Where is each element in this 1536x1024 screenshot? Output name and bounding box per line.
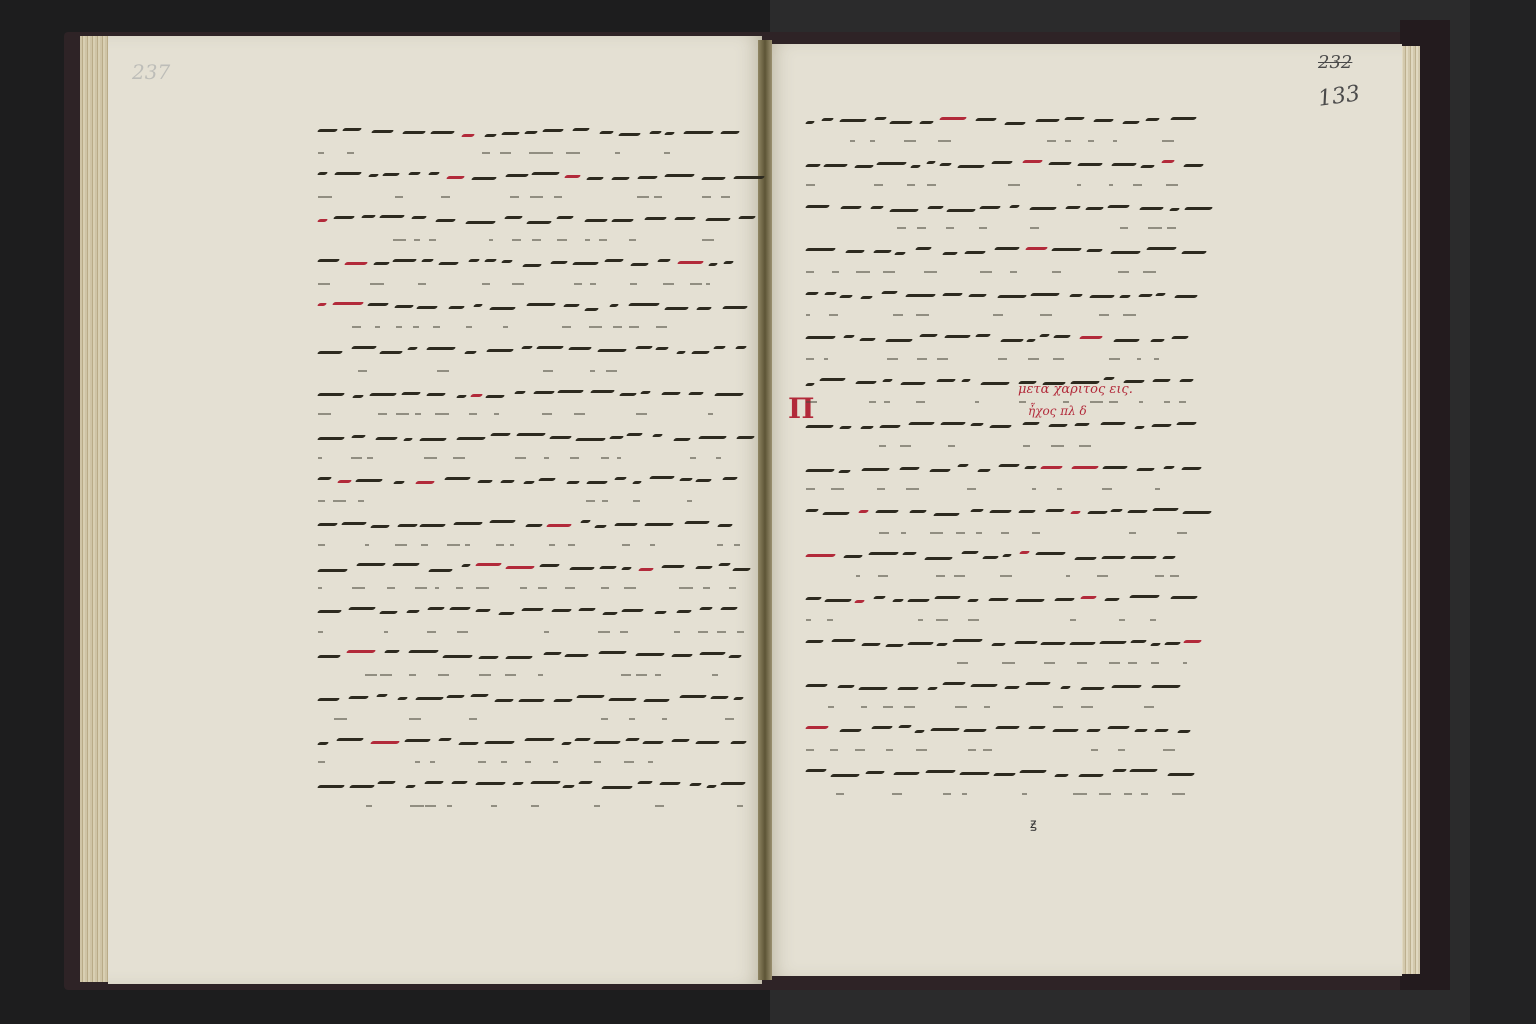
- lyric-mark: [877, 488, 885, 490]
- neume-stroke: [885, 644, 905, 647]
- neume-stroke: [898, 467, 920, 470]
- neume-stroke: [1163, 642, 1181, 645]
- neume-stroke: [609, 436, 624, 439]
- neume-stroke: [526, 221, 552, 224]
- neume-stroke: [900, 382, 927, 385]
- neume-stroke: [369, 393, 398, 396]
- neume-stroke: [908, 510, 927, 513]
- neume-stroke: [529, 781, 560, 784]
- lyric-mark: [1023, 445, 1031, 447]
- neume-stroke: [902, 552, 917, 555]
- lyric-mark: [1091, 749, 1098, 751]
- lyric-mark: [904, 706, 915, 708]
- lyric-mark: [1163, 749, 1176, 751]
- lyric-mark: [1167, 227, 1176, 229]
- neume-stroke: [946, 209, 977, 212]
- neume-stroke: [892, 599, 904, 602]
- neume-stroke: [842, 335, 854, 338]
- lyric-mark: [870, 140, 874, 142]
- lyric-mark: [532, 239, 541, 241]
- lyric-mark: [968, 619, 979, 621]
- neume-stroke: [470, 177, 497, 180]
- neume-stroke: [805, 597, 823, 600]
- lyric-mark: [435, 587, 440, 589]
- lyric-mark: [396, 413, 409, 415]
- neume-stroke: [720, 782, 746, 785]
- lyric-mark: [879, 532, 889, 534]
- neume-stroke: [805, 469, 835, 472]
- lyric-mark: [938, 140, 952, 142]
- neume-stroke: [549, 261, 567, 264]
- lyric-mark: [538, 587, 547, 589]
- lyric-mark: [525, 761, 532, 763]
- lyric-mark: [936, 575, 946, 577]
- lyric-mark: [590, 283, 596, 285]
- lyric-mark: [621, 674, 631, 676]
- lyric-mark: [538, 674, 543, 676]
- neume-stroke: [511, 782, 523, 785]
- neume-stroke: [997, 464, 1019, 467]
- lyric-mark: [1123, 314, 1136, 316]
- neume-stroke: [637, 176, 658, 179]
- left-page: [108, 36, 762, 984]
- neume-stroke: [933, 513, 961, 516]
- lyric-mark: [687, 500, 692, 502]
- neume-stroke: [344, 262, 368, 265]
- neume-stroke: [598, 651, 628, 654]
- lyric-mark: [1183, 662, 1187, 664]
- neume-stroke: [396, 697, 407, 700]
- lyric-mark: [827, 619, 833, 621]
- neume-stroke: [453, 522, 483, 525]
- lyric-mark: [429, 239, 436, 241]
- lyric-mark: [358, 500, 364, 502]
- lyric-mark: [892, 793, 901, 795]
- lyric-mark: [435, 413, 448, 415]
- neume-stroke: [634, 346, 652, 349]
- lyric-mark: [943, 793, 951, 795]
- lyric-mark: [318, 283, 330, 285]
- neume-stroke: [857, 687, 887, 690]
- lyric-mark: [1139, 401, 1143, 403]
- lyric-mark: [617, 457, 621, 459]
- lyric-mark: [998, 358, 1008, 360]
- neume-stroke: [701, 177, 727, 180]
- neume-stroke: [839, 119, 868, 122]
- lyric-mark: [589, 326, 602, 328]
- neume-stroke: [915, 247, 933, 250]
- neume-stroke: [355, 479, 383, 482]
- neume-stroke: [375, 437, 399, 440]
- lyric-mark: [318, 544, 325, 546]
- neume-stroke: [538, 478, 557, 481]
- lyric-mark: [1073, 793, 1087, 795]
- lyric-mark: [948, 445, 955, 447]
- lyric-mark: [447, 544, 460, 546]
- neume-stroke: [823, 292, 837, 295]
- lyric-mark: [1053, 706, 1063, 708]
- lyric-mark: [957, 662, 969, 664]
- lyric-mark: [570, 457, 579, 459]
- neume-stroke: [458, 742, 480, 745]
- neume-stroke: [989, 510, 1012, 513]
- neume-stroke: [331, 302, 363, 305]
- neume-stroke: [673, 438, 692, 441]
- lyric-mark: [565, 587, 575, 589]
- neume-stroke: [1111, 163, 1138, 166]
- neume-stroke: [819, 378, 846, 381]
- neume-stroke: [644, 523, 675, 526]
- lyric-mark: [469, 718, 476, 720]
- lyric-mark: [1120, 227, 1129, 229]
- lyric-mark: [491, 805, 496, 807]
- neume-stroke: [317, 523, 338, 526]
- lyric-mark: [1143, 271, 1156, 273]
- neume-stroke: [1086, 729, 1101, 732]
- lyric-mark: [520, 587, 527, 589]
- lyric-mark: [1028, 358, 1039, 360]
- lyric-mark: [380, 674, 392, 676]
- lyric-mark: [1022, 793, 1026, 795]
- neume-stroke: [638, 568, 654, 571]
- neume-stroke: [446, 695, 465, 698]
- neume-stroke: [738, 216, 757, 219]
- neume-stroke: [441, 655, 473, 658]
- lyric-mark: [924, 271, 937, 273]
- lyric-mark: [962, 793, 967, 795]
- lyric-mark: [586, 500, 595, 502]
- lyric-mark: [904, 140, 916, 142]
- lyric-mark: [496, 544, 504, 546]
- neume-stroke: [970, 684, 999, 687]
- lyric-mark: [1070, 619, 1076, 621]
- neume-stroke: [941, 682, 965, 685]
- neume-stroke: [1099, 641, 1128, 644]
- neume-stroke: [419, 438, 448, 441]
- neume-stroke: [1014, 641, 1039, 644]
- neume-stroke: [465, 221, 496, 224]
- neume-stroke: [717, 524, 733, 527]
- red-initial: Π: [788, 392, 814, 425]
- lyric-mark: [663, 283, 674, 285]
- neume-stroke: [940, 422, 967, 425]
- lyric-mark: [655, 805, 664, 807]
- lyric-mark: [712, 674, 718, 676]
- lyric-mark: [409, 674, 416, 676]
- lyric-mark: [438, 674, 448, 676]
- neume-stroke: [963, 729, 988, 732]
- neume-stroke: [435, 219, 456, 222]
- rubric-line-2: ἦχος πλ δ: [1028, 404, 1087, 418]
- neume-stroke: [855, 381, 878, 384]
- lyric-mark: [879, 445, 886, 447]
- neume-stroke: [513, 391, 526, 394]
- neume-stroke: [1184, 207, 1213, 210]
- lyric-mark: [479, 674, 491, 676]
- lyric-mark: [917, 358, 926, 360]
- neume-stroke: [1113, 339, 1141, 342]
- neume-stroke: [805, 336, 837, 339]
- neume-stroke: [1089, 295, 1115, 298]
- neume-stroke: [805, 292, 819, 295]
- lyric-mark: [574, 283, 582, 285]
- neume-stroke: [1053, 335, 1071, 338]
- lyric-mark: [1109, 184, 1114, 186]
- neume-stroke: [396, 524, 417, 527]
- neume-stroke: [659, 782, 682, 785]
- lyric-mark: [453, 457, 465, 459]
- neume-stroke: [843, 555, 864, 558]
- lyric-mark: [529, 152, 543, 154]
- lyric-mark: [883, 706, 893, 708]
- lyric-mark: [629, 718, 636, 720]
- lyric-mark: [554, 196, 562, 198]
- lyric-mark: [954, 575, 965, 577]
- lyric-mark: [1030, 227, 1039, 229]
- lyric-mark: [1148, 227, 1162, 229]
- neume-stroke: [995, 726, 1021, 729]
- lyric-mark: [318, 196, 332, 198]
- neume-stroke: [964, 251, 987, 254]
- lyric-mark: [930, 532, 943, 534]
- lyric-mark: [856, 575, 861, 577]
- lyric-mark: [318, 413, 331, 415]
- neume-stroke: [485, 349, 513, 352]
- lyric-mark: [585, 239, 590, 241]
- lyric-mark: [543, 370, 553, 372]
- lyric-mark: [861, 706, 867, 708]
- neume-stroke: [1167, 773, 1195, 776]
- lyric-mark: [1179, 401, 1186, 403]
- lyric-mark: [415, 413, 421, 415]
- neume-stroke: [919, 334, 939, 337]
- neume-stroke: [407, 650, 439, 653]
- lyric-mark: [806, 314, 810, 316]
- neume-stroke: [635, 653, 666, 656]
- lyric-mark: [1010, 271, 1017, 273]
- neume-stroke: [684, 521, 711, 524]
- lyric-mark: [542, 413, 552, 415]
- neume-stroke: [908, 422, 936, 425]
- lyric-mark: [1088, 140, 1094, 142]
- lyric-mark: [1040, 314, 1052, 316]
- neume-stroke: [401, 131, 426, 134]
- lyric-mark: [1002, 662, 1015, 664]
- neume-stroke: [1078, 774, 1104, 777]
- lyric-mark: [883, 271, 895, 273]
- neume-stroke: [524, 738, 556, 741]
- neume-stroke: [664, 174, 696, 177]
- neume-stroke: [889, 121, 913, 124]
- lyric-mark: [347, 152, 354, 154]
- neume-stroke: [596, 349, 626, 352]
- lyric-mark: [897, 227, 906, 229]
- neume-stroke: [538, 564, 559, 567]
- lyric-mark: [430, 761, 436, 763]
- neume-stroke: [1080, 596, 1098, 599]
- neume-stroke: [370, 130, 393, 133]
- lyric-mark: [937, 358, 948, 360]
- lyric-mark: [1109, 662, 1120, 664]
- neume-stroke: [1149, 643, 1160, 646]
- lyric-mark: [918, 619, 923, 621]
- neume-stroke: [1151, 685, 1182, 688]
- neume-stroke: [611, 219, 634, 222]
- lyric-mark: [378, 413, 387, 415]
- neume-stroke: [1018, 381, 1037, 384]
- lyric-mark: [543, 152, 553, 154]
- neume-stroke: [474, 563, 502, 566]
- lyric-mark: [352, 587, 365, 589]
- lyric-mark: [654, 196, 662, 198]
- lyric-mark: [1129, 532, 1136, 534]
- lyric-mark: [979, 227, 987, 229]
- lyric-mark: [568, 544, 575, 546]
- lyric-mark: [409, 718, 421, 720]
- lyric-mark: [1081, 706, 1093, 708]
- background-edge: [1470, 0, 1536, 1024]
- neume-stroke: [642, 699, 670, 702]
- neume-stroke: [525, 524, 543, 527]
- neume-stroke: [682, 131, 714, 134]
- neume-stroke: [944, 335, 972, 338]
- neume-stroke: [824, 599, 852, 602]
- neume-stroke: [562, 304, 579, 307]
- neume-stroke: [717, 563, 730, 566]
- lyric-mark: [916, 749, 927, 751]
- lyric-mark: [437, 370, 448, 372]
- neume-stroke: [525, 303, 555, 306]
- neume-stroke: [456, 437, 486, 440]
- lyric-mark: [415, 587, 428, 589]
- lyric-mark: [690, 457, 696, 459]
- lyric-mark: [557, 239, 567, 241]
- lyric-mark: [1166, 184, 1178, 186]
- lyric-mark: [365, 544, 369, 546]
- lyric-mark: [544, 631, 549, 633]
- neume-stroke: [450, 781, 467, 784]
- lyric-mark: [955, 706, 967, 708]
- neume-stroke: [317, 655, 341, 658]
- lyric-mark: [1151, 662, 1160, 664]
- lyric-mark: [351, 457, 363, 459]
- lyric-mark: [836, 793, 843, 795]
- neume-stroke: [854, 165, 874, 168]
- neume-stroke: [805, 769, 828, 772]
- neume-stroke: [583, 219, 607, 222]
- neume-stroke: [876, 162, 907, 165]
- lyric-mark: [1170, 575, 1179, 577]
- neume-stroke: [497, 612, 515, 615]
- lyric-mark: [806, 271, 814, 273]
- neume-stroke: [500, 132, 520, 135]
- lyric-mark: [1099, 314, 1109, 316]
- neume-stroke: [494, 699, 514, 702]
- neume-stroke: [897, 687, 920, 690]
- lyric-mark: [544, 457, 549, 459]
- lyric-mark: [648, 761, 653, 763]
- neume-stroke: [1077, 163, 1103, 166]
- neume-stroke: [475, 609, 491, 612]
- lyric-mark: [893, 314, 903, 316]
- neume-stroke: [884, 339, 912, 342]
- lyric-mark: [936, 619, 948, 621]
- lyric-mark: [1124, 793, 1132, 795]
- neume-stroke: [489, 307, 516, 310]
- lyric-mark: [1137, 358, 1141, 360]
- neume-stroke: [426, 607, 445, 610]
- lyric-mark: [366, 805, 372, 807]
- lyric-mark: [901, 532, 907, 534]
- neume-stroke: [1021, 160, 1043, 163]
- neume-stroke: [839, 729, 862, 732]
- neume-stroke: [541, 129, 564, 132]
- lyric-mark: [637, 196, 649, 198]
- neume-stroke: [1129, 595, 1161, 598]
- neume-stroke: [536, 346, 564, 349]
- lyric-mark: [562, 326, 571, 328]
- lyric-mark: [721, 196, 730, 198]
- neume-stroke: [637, 781, 654, 784]
- neume-stroke: [593, 741, 621, 744]
- neume-stroke: [427, 569, 452, 572]
- neume-stroke: [839, 206, 861, 209]
- lyric-mark: [613, 326, 622, 328]
- neume-stroke: [1074, 557, 1097, 560]
- neume-stroke: [489, 433, 511, 436]
- neume-stroke: [1093, 119, 1115, 122]
- neume-stroke: [504, 656, 533, 659]
- lyric-mark: [830, 749, 838, 751]
- lyric-mark: [396, 326, 402, 328]
- neume-stroke: [805, 248, 837, 251]
- neume-stroke: [679, 695, 707, 698]
- neume-stroke: [861, 643, 882, 646]
- neume-stroke: [549, 436, 572, 439]
- neume-stroke: [317, 129, 338, 132]
- neume-stroke: [805, 509, 819, 512]
- neume-stroke: [618, 133, 642, 136]
- neume-stroke: [980, 382, 1010, 385]
- lyric-mark: [1144, 706, 1154, 708]
- neume-stroke: [483, 741, 514, 744]
- lyric-mark: [983, 749, 993, 751]
- lyric-mark: [1008, 184, 1020, 186]
- lyric-mark: [441, 196, 450, 198]
- lyric-mark: [318, 500, 325, 502]
- lyric-mark: [424, 457, 437, 459]
- neume-stroke: [1181, 467, 1203, 470]
- lyric-mark: [874, 184, 882, 186]
- lyric-mark: [370, 283, 384, 285]
- lyric-mark: [1051, 445, 1064, 447]
- neume-stroke: [860, 468, 890, 471]
- lyric-mark: [318, 761, 325, 763]
- lyric-mark: [594, 805, 601, 807]
- neume-stroke: [532, 391, 554, 394]
- neume-stroke: [705, 218, 732, 221]
- lyric-mark: [850, 140, 855, 142]
- neume-stroke: [1025, 247, 1048, 250]
- lyric-mark: [505, 674, 516, 676]
- neume-stroke: [671, 654, 693, 657]
- lyric-mark: [690, 283, 702, 285]
- faint-folio-number: 237: [132, 60, 170, 84]
- neume-stroke: [317, 569, 348, 572]
- lyric-mark: [831, 488, 845, 490]
- lyric-mark: [630, 283, 636, 285]
- lyric-mark: [806, 184, 815, 186]
